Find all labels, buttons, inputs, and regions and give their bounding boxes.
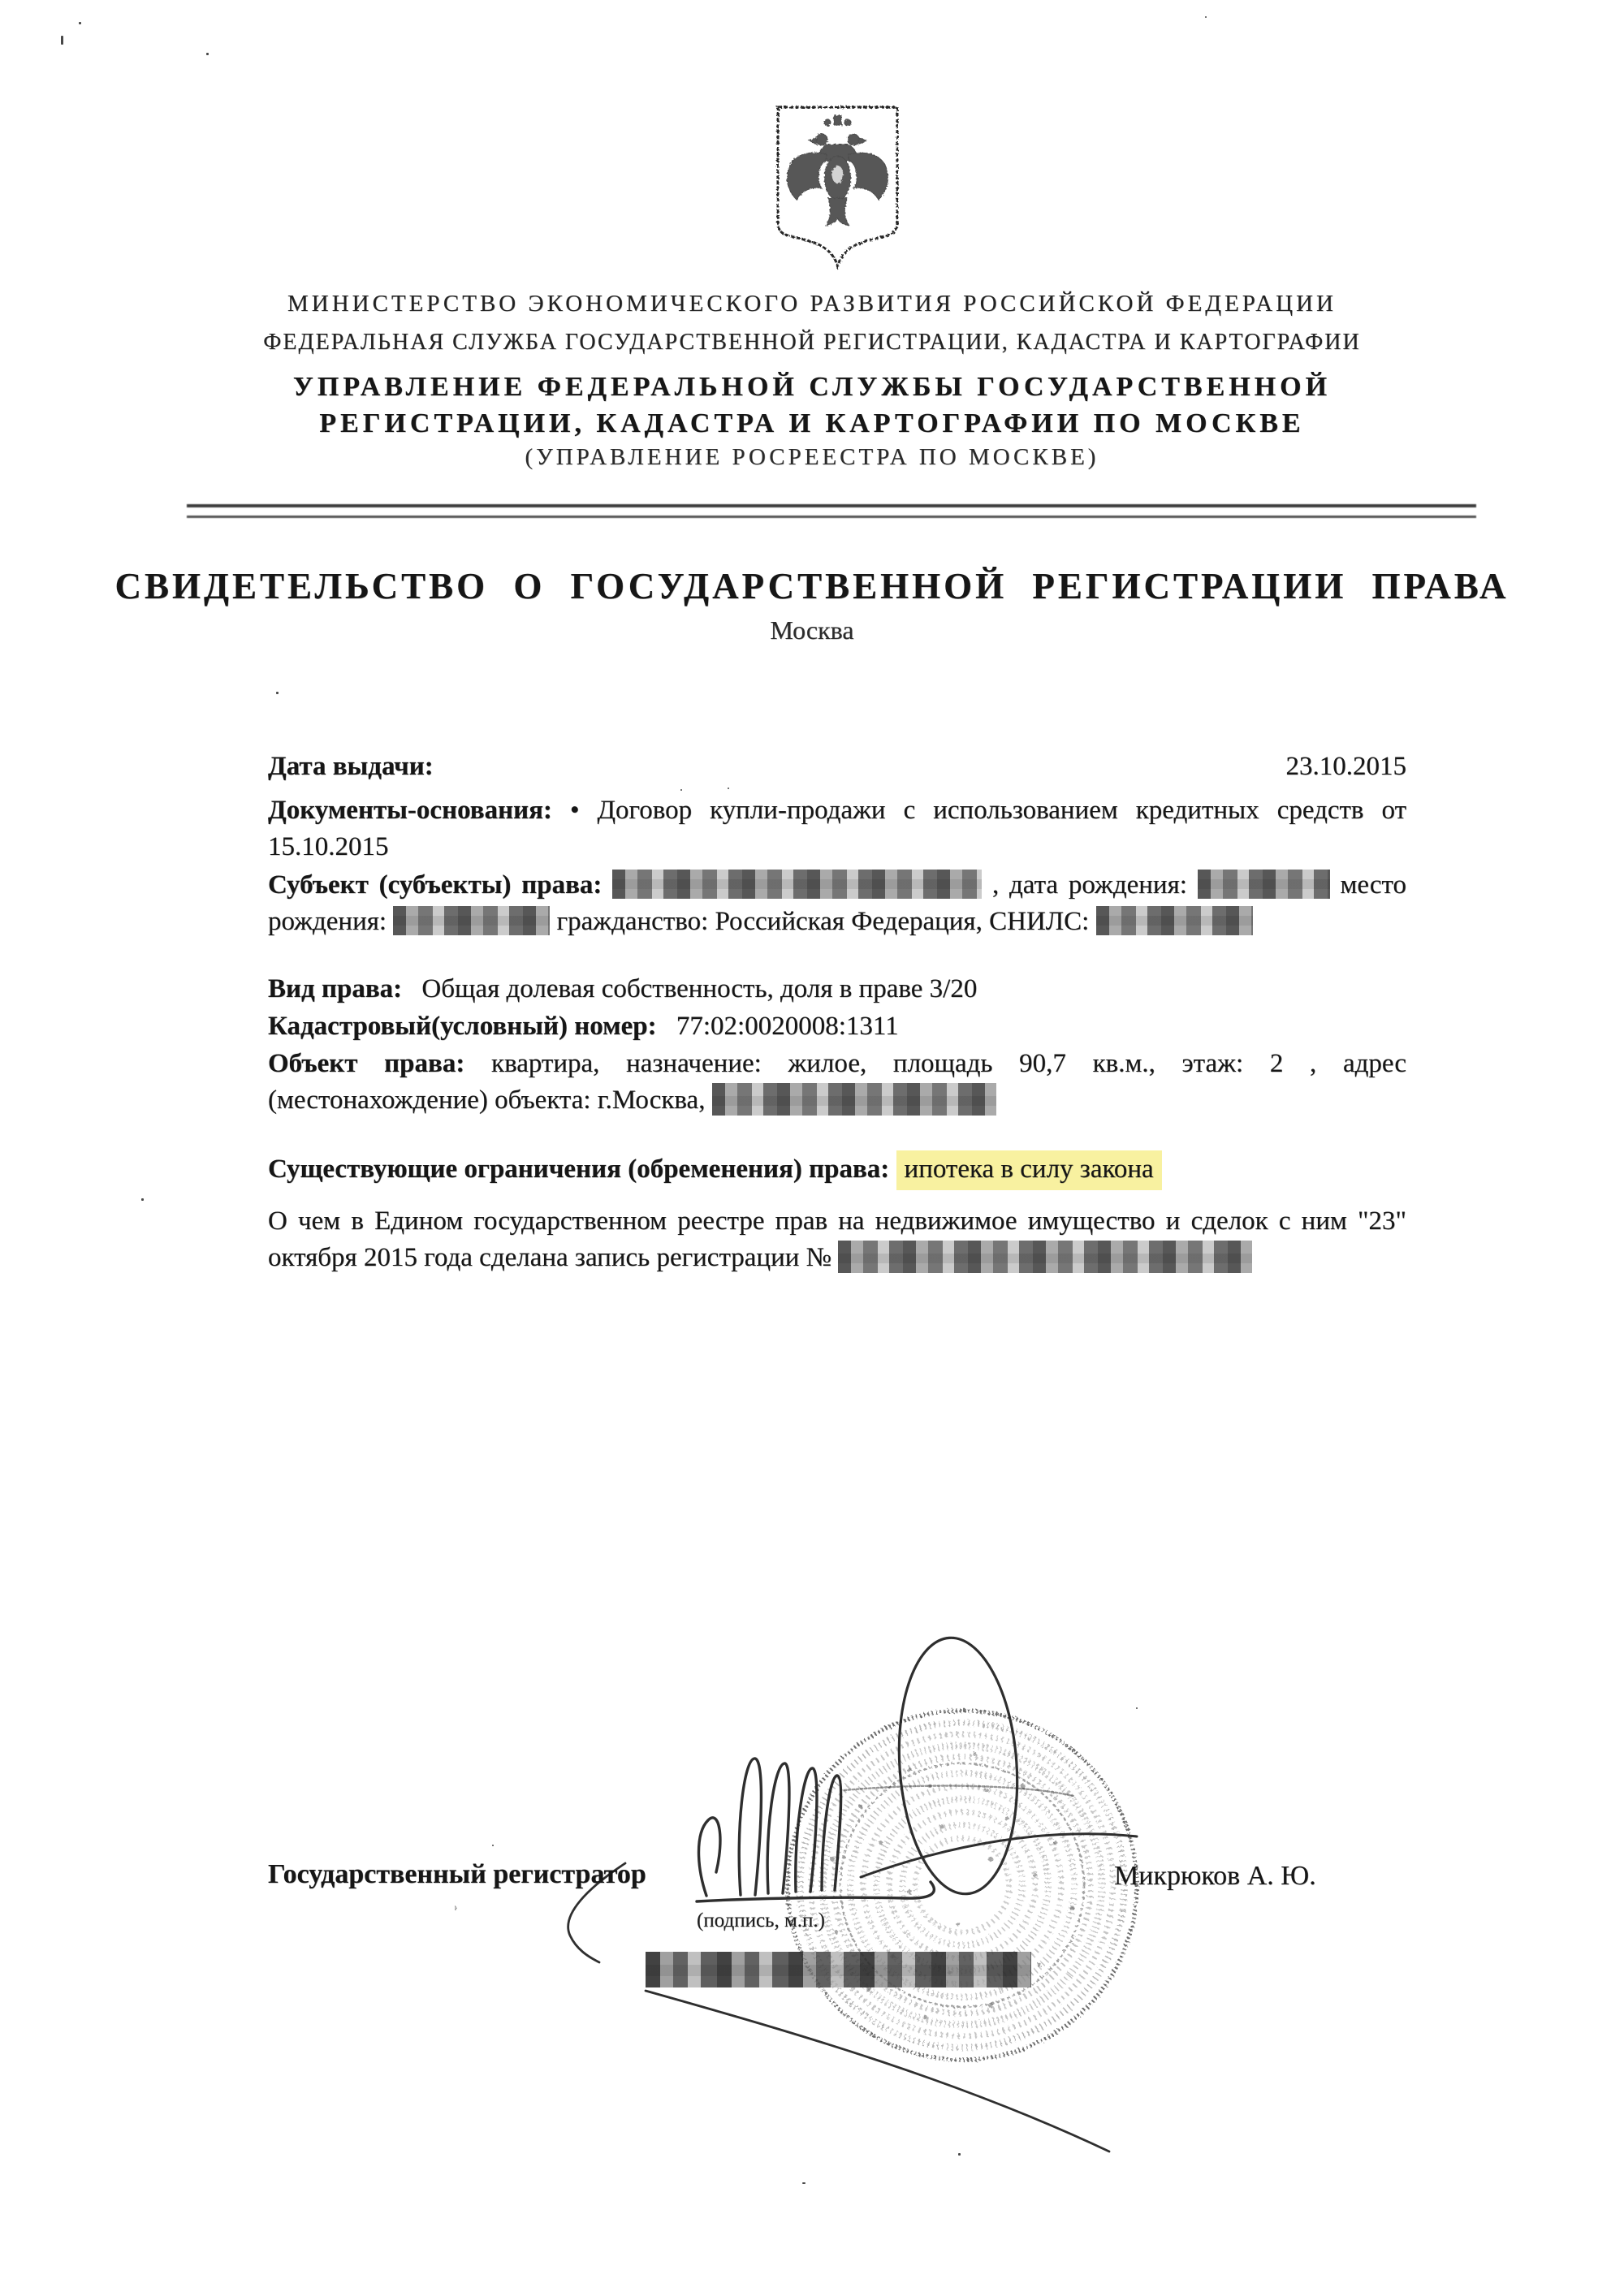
object-line-2: (местонахождение) объекта: г.Москва, [268,1082,1406,1119]
scan-noise-dot [276,692,279,694]
cadastral-row: Кадастровый(условный) номер: 77:02:00200… [268,1008,1406,1045]
scan-noise-dot [1205,16,1207,18]
redacted-record-number [838,1241,1252,1273]
scan-noise-dot [141,1198,144,1201]
subject-line-2: рождения: гражданство: Российская Федера… [268,904,1406,940]
cadastral-value: 77:02:0020008:1311 [676,1012,899,1041]
scan-noise-dot [728,788,729,789]
scan-noise-dot [61,36,63,45]
record-line-1: О чем в Едином государственном реестре п… [268,1203,1406,1240]
right-type-value: Общая долевая собственность, доля в прав… [421,974,977,1003]
redacted-birthdate [1198,870,1330,899]
federal-service-line: ФЕДЕРАЛЬНАЯ СЛУЖБА ГОСУДАРСТВЕННОЙ РЕГИС… [0,330,1624,356]
redacted-birthplace [393,906,550,935]
right-type-row: Вид права: Общая долевая собственность, … [268,971,1406,1008]
basis-paragraph: Документы-основания: • Договор купли-про… [268,792,1406,865]
scan-noise-dot [79,22,81,24]
department-line-2: РЕГИСТРАЦИИ, КАДАСТРА И КАРТОГРАФИИ ПО М… [0,408,1624,439]
citizenship-text: гражданство: Российская Федерация, СНИЛС… [557,907,1090,936]
issue-date-label: Дата выдачи: [268,749,434,785]
separator-line-bottom [187,516,1476,518]
basis-line-1: Документы-основания: • Договор купли-про… [268,792,1406,829]
subject-label: Субъект (субъекты) права: [268,870,602,900]
right-type-label: Вид права: [268,974,402,1003]
cadastral-label: Кадастровый(условный) номер: [268,1012,657,1041]
subject-tail: место [1341,870,1407,900]
issue-date-value: 23.10.2015 [1286,749,1407,785]
city-subtitle: Москва [0,615,1624,645]
object-paragraph: Объект права: квартира, назначение: жило… [268,1046,1406,1119]
scan-noise-dot [680,789,682,791]
document-title: СВИДЕТЕЛЬСТВО О ГОСУДАРСТВЕННОЙ РЕГИСТРА… [0,565,1624,607]
record-line-2: октября 2015 года сделана запись регистр… [268,1240,1406,1276]
restrictions-label: Существующие ограничения (обременения) п… [268,1154,889,1184]
registrar-label: Государственный регистратор [268,1859,646,1890]
subject-paragraph: Субъект (субъекты) права: , дата рождени… [268,867,1406,940]
object-address-text: (местонахождение) объекта: г.Москва, [268,1085,705,1115]
rosreestr-line: (УПРАВЛЕНИЕ РОСРЕЕСТРА ПО МОСКВЕ) [0,444,1624,471]
birthplace-label: рождения: [268,907,387,936]
object-label: Объект права: [268,1049,464,1078]
signature-icon [568,1634,1137,2151]
department-line-1: УПРАВЛЕНИЕ ФЕДЕРАЛЬНОЙ СЛУЖБЫ ГОСУДАРСТВ… [0,372,1624,403]
scan-noise-dot [802,2182,806,2184]
subject-birthdate-label: , дата рождения: [992,870,1187,900]
basis-label: Документы-основания: [268,796,552,825]
scan-noise-dot [206,53,209,55]
object-description: квартира, назначение: жилое, площадь 90,… [491,1049,1406,1078]
basis-line-2: 15.10.2015 [268,829,1406,865]
record-text: октября 2015 года сделана запись регистр… [268,1243,831,1272]
redacted-snils [1096,906,1253,935]
registrar-name: Микрюков А. Ю. [1114,1861,1316,1892]
redacted-subject-name [612,870,982,899]
coat-of-arms-icon [770,102,905,271]
basis-text: • Договор купли-продажи с использованием… [570,796,1406,825]
certificate-document: МИНИСТЕРСТВО ЭКОНОМИЧЕСКОГО РАЗВИТИЯ РОС… [0,0,1624,2296]
object-line-1: Объект права: квартира, назначение: жило… [268,1046,1406,1082]
record-paragraph: О чем в Едином государственном реестре п… [268,1203,1406,1276]
signature-caption: (подпись, м.п.) [697,1910,825,1932]
separator-line-top [187,504,1476,507]
redacted-registrar-stamp-line [646,1952,1031,1987]
ministry-line: МИНИСТЕРСТВО ЭКОНОМИЧЕСКОГО РАЗВИТИЯ РОС… [0,291,1624,317]
restrictions-row: Существующие ограничения (обременения) п… [268,1151,1406,1188]
restrictions-value-highlighted: ипотека в силу закона [896,1150,1162,1190]
issue-date-row: Дата выдачи: 23.10.2015 [268,749,1406,785]
subject-line-1: Субъект (субъекты) права: , дата рождени… [268,867,1406,904]
redacted-address [712,1083,996,1116]
